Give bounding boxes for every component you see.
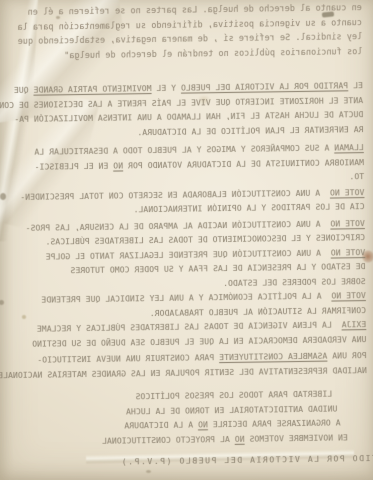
text-line: PARTIDO POR LA VICTORIA DEL PUEBLO (P.V.… [0,452,373,473]
paragraph-constituyente: POR UNA ASAMBLEA CONSTITUYENTE PARA CONS… [0,349,367,384]
document-page: en cuanto al derecho de huelga. Las part… [0,0,373,480]
paragraph-huelga-clause: en cuanto al derecho de huelga. Las part… [0,0,362,64]
paragraph-exija: EXIJA LA PLENA VIGENCIA DE TODAS LAS LIB… [0,318,367,353]
paragraph-pvp-llamado: EL PARTIDO POR LA VICTORIA DEL PUEBLO Y … [0,79,364,143]
paragraph-firma: PARTIDO POR LA VICTORIA DEL PUEBLO (P.V.… [0,452,368,472]
mirrored-text-layer: en cuanto al derecho de huelga. Las part… [0,0,368,480]
paragraph-vote-no-1: VOTE NO A UNA CONSTITUCIÓN ELABORADA EN … [0,186,365,221]
paragraph-consignas: LIBERTAD PARA TODOS LOS PRESOS POLÍTICOS… [0,387,368,451]
paragraph-plebiscito: LLAMAN A SUS COMPAÑEROS Y AMIGOS Y AL PU… [0,141,364,190]
paragraph-vote-no-3: VOTE NO A UNA CONSTITUCIÓN QUE PRETENDE … [0,246,366,295]
